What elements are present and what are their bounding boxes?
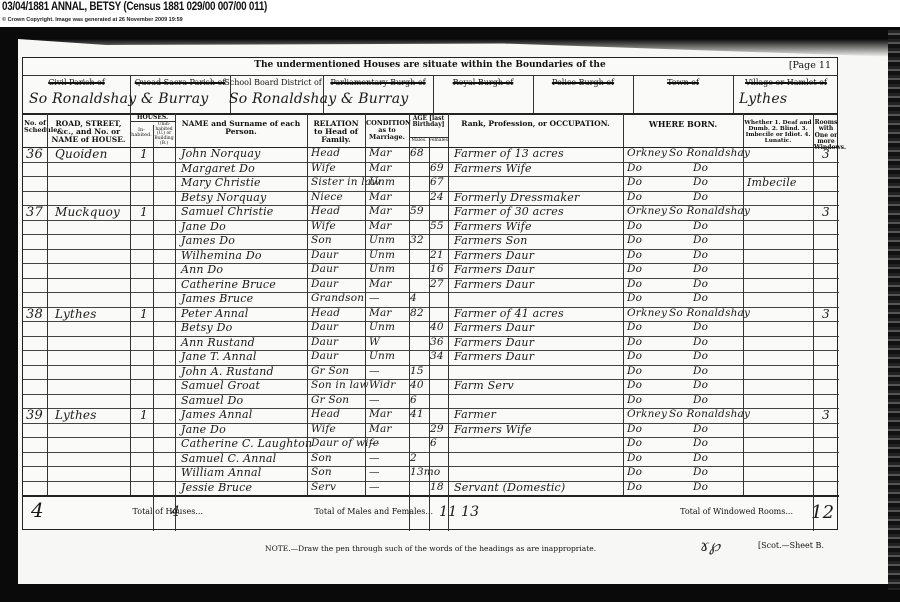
cell-born-county: Orkney <box>627 147 667 159</box>
cell-male-age: 82 <box>410 307 424 319</box>
cell-male-age: 13mo <box>410 466 440 478</box>
cell-occupation: Farmer of 30 acres <box>454 205 564 218</box>
cell-name: James Do <box>181 234 235 247</box>
cell-relation: Wife <box>311 162 336 174</box>
cell-born-parish: Do <box>693 365 708 377</box>
cell-born-parish: So Ronaldshay <box>669 408 750 420</box>
cell-condition: — <box>369 292 380 304</box>
cell-schedule: 39 <box>26 408 43 423</box>
cell-condition: — <box>369 437 380 449</box>
cell-occupation: Farmer <box>454 408 496 421</box>
cell-male-age: 41 <box>410 408 424 420</box>
cell-name: Jane Do <box>181 423 226 436</box>
cell-born-parish: Do <box>693 394 708 406</box>
cell-condition: Unm <box>369 263 395 275</box>
cell-born-parish: Do <box>693 466 708 478</box>
cell-male-age: 6 <box>410 394 417 406</box>
cell-condition: — <box>369 365 380 377</box>
table-row: 38Lythes1Peter AnnalHeadMar82Farmer of 4… <box>23 308 839 323</box>
cell-female-age: 16 <box>430 263 444 275</box>
cell-inhabited: 1 <box>140 307 148 321</box>
cell-born-county: Orkney <box>627 205 667 217</box>
cell-condition: Unm <box>369 176 395 188</box>
column-divider <box>175 113 176 495</box>
cell-name: Samuel Christie <box>181 205 274 218</box>
table-row: John A. RustandGr Son—15DoDo <box>23 366 839 381</box>
column-divider <box>813 113 814 495</box>
cell-born-county: Do <box>627 452 642 464</box>
record-banner: 03/04/1881 ANNAL, BETSY (Census 1881 029… <box>0 0 900 27</box>
cell-born-county: Do <box>627 379 642 391</box>
header-condition: CONDITION as to Marriage. <box>366 120 408 140</box>
cell-name: Jane T. Annal <box>181 350 257 363</box>
cell-born-county: Orkney <box>627 408 667 420</box>
cell-name: Samuel Do <box>181 394 243 407</box>
cell-occupation: Farmers Wife <box>454 423 532 436</box>
cell-inhabited: 1 <box>140 205 148 219</box>
cell-born-county: Do <box>627 321 642 333</box>
cell-relation: Head <box>311 307 340 319</box>
cell-condition: W <box>369 336 380 348</box>
cell-relation: Son <box>311 234 332 246</box>
header-uninhabited: Unin-habited (U.) or Building (B.) <box>153 123 175 147</box>
cell-born-county: Do <box>627 350 642 362</box>
cell-occupation: Farmers Wife <box>454 220 532 233</box>
cell-relation: Head <box>311 147 340 159</box>
district-label: Quoad Sacra Parish of <box>130 79 230 87</box>
cell-born-county: Do <box>627 162 642 174</box>
cell-relation: Daur <box>311 278 338 290</box>
cell-born-county: Do <box>627 292 642 304</box>
cell-name: John A. Rustand <box>181 365 274 378</box>
cell-born-parish: Do <box>693 336 708 348</box>
cell-born-parish: Do <box>693 234 708 246</box>
cell-male-age: 40 <box>410 379 424 391</box>
header-occupation: Rank, Profession, or OCCUPATION. <box>449 120 622 128</box>
district-label: Town of <box>633 79 733 87</box>
cell-occupation: Farmers Daur <box>454 350 534 363</box>
cell-name: Margaret Do <box>181 162 255 175</box>
table-row: Betsy DoDaurUnm40Farmers DaurDoDo <box>23 322 839 337</box>
cell-condition: Mar <box>369 162 392 174</box>
cell-name: Wilhemina Do <box>181 249 262 262</box>
cell-male-age: 4 <box>410 292 417 304</box>
column-divider <box>448 113 449 495</box>
cell-infirmity: Imbecile <box>747 176 797 189</box>
table-row: James DoSonUnm32Farmers SonDoDo <box>23 235 839 250</box>
district-label: School Board District of <box>223 79 323 87</box>
table-row: Catherine C. LaughtonDaur of wife—6DoDo <box>23 438 839 453</box>
cell-relation: Wife <box>311 423 336 435</box>
table-row: 39Lythes1James AnnalHeadMar41FarmerOrkne… <box>23 409 839 424</box>
column-divider <box>429 495 430 531</box>
cell-rooms: 3 <box>822 205 830 219</box>
cell-born-county: Do <box>627 437 642 449</box>
cell-condition: Mar <box>369 220 392 232</box>
cell-relation: Daur <box>311 321 338 333</box>
cell-male-age: 15 <box>410 365 424 377</box>
cell-relation: Head <box>311 408 340 420</box>
table-row: 37Muckquoy1Samuel ChristieHeadMar59Farme… <box>23 206 839 221</box>
cell-condition: — <box>369 481 380 493</box>
cell-born-county: Do <box>627 249 642 261</box>
table-row: Samuel GroatSon in lawWidr40Farm ServDoD… <box>23 380 839 395</box>
district-label: Parliamentary Burgh of <box>323 79 433 87</box>
cell-relation: Son in law <box>311 379 369 391</box>
column-divider <box>409 113 410 495</box>
cell-female-age: 69 <box>430 162 444 174</box>
cell-born-parish: Do <box>693 176 708 188</box>
cell-born-parish: Do <box>693 292 708 304</box>
schedules-total: 4 <box>31 498 44 522</box>
cell-occupation: Farmers Daur <box>454 249 534 262</box>
cell-born-parish: Do <box>693 263 708 275</box>
enumerator-mark: ɤ℘ <box>700 536 720 555</box>
district-label: Royal Burgh of <box>433 79 533 87</box>
cell-female-age: 40 <box>430 321 444 333</box>
table-row: Ann DoDaurUnm16Farmers DaurDoDo <box>23 264 839 279</box>
cell-female-age: 29 <box>430 423 444 435</box>
table-row: Jane DoWifeMar29Farmers WifeDoDo <box>23 424 839 439</box>
table-row: Samuel C. AnnalSon—2DoDo <box>23 453 839 468</box>
cell-name: Peter Annal <box>181 307 249 320</box>
cell-female-age: 55 <box>430 220 444 232</box>
houses-total-label: Total of Houses... <box>83 508 203 516</box>
cell-occupation: Farmers Son <box>454 234 528 247</box>
column-divider <box>743 113 744 495</box>
district-value: So Ronaldshay & Burray <box>229 91 408 107</box>
header-where: WHERE BORN. <box>624 120 742 128</box>
cell-occupation: Farmer of 41 acres <box>454 307 564 320</box>
cell-condition: Unm <box>369 249 395 261</box>
cell-condition: Mar <box>369 423 392 435</box>
cell-occupation: Farmers Wife <box>454 162 532 175</box>
divider <box>23 495 839 497</box>
cell-relation: Gr Son <box>311 394 349 406</box>
cell-relation: Grandson <box>311 292 364 304</box>
cell-born-parish: Do <box>693 249 708 261</box>
cell-male-age: 32 <box>410 234 424 246</box>
cell-born-parish: Do <box>693 162 708 174</box>
cell-relation: Son <box>311 466 332 478</box>
table-row: Ann RustandDaurW36Farmers DaurDoDo <box>23 337 839 352</box>
record-title: 03/04/1881 ANNAL, BETSY (Census 1881 029… <box>2 1 267 13</box>
district-value: So Ronaldshay & Burray <box>29 91 208 107</box>
cell-schedule: 36 <box>26 147 43 162</box>
cell-house: Lythes <box>55 408 97 422</box>
cell-condition: Mar <box>369 147 392 159</box>
table-row: Jane DoWifeMar55Farmers WifeDoDo <box>23 221 839 236</box>
females-total: 13 <box>461 504 479 520</box>
column-divider <box>153 495 154 531</box>
cell-name: Jessie Bruce <box>181 481 252 494</box>
header-females: Females. <box>429 139 448 144</box>
sheet-label: [Scot.—Sheet B. <box>758 541 824 550</box>
cell-born-county: Do <box>627 394 642 406</box>
cell-female-age: 27 <box>430 278 444 290</box>
table-row: Mary ChristieSister in lawUnm67DoImbecil… <box>23 177 839 192</box>
cell-name: Betsy Do <box>181 321 232 334</box>
cell-relation: Daur <box>311 350 338 362</box>
cell-relation: Wife <box>311 220 336 232</box>
cell-name: Catherine Bruce <box>181 278 276 291</box>
cell-born-parish: Do <box>693 220 708 232</box>
cell-female-age: 6 <box>430 437 437 449</box>
cell-condition: Mar <box>369 307 392 319</box>
cell-relation: Daur <box>311 249 338 261</box>
district-label: Police Burgh of <box>533 79 633 87</box>
column-divider <box>409 495 410 531</box>
cell-name: John Norquay <box>181 147 261 160</box>
cell-name: William Annal <box>181 466 261 479</box>
table-row: Wilhemina DoDaurUnm21Farmers DaurDoDo <box>23 250 839 265</box>
cell-born-parish: So Ronaldshay <box>669 205 750 217</box>
cell-born-parish: Do <box>693 278 708 290</box>
table-row: 36Quoiden1John NorquayHeadMar68Farmer of… <box>23 148 839 163</box>
cell-female-age: 34 <box>430 350 444 362</box>
cell-condition: — <box>369 394 380 406</box>
cell-born-county: Do <box>627 466 642 478</box>
table-row: Jessie BruceServ—18Servant (Domestic)DoD… <box>23 482 839 497</box>
cell-name: Ann Rustand <box>181 336 255 349</box>
cell-female-age: 24 <box>430 191 444 203</box>
cell-born-parish: Do <box>693 191 708 203</box>
header-males: Males. <box>409 139 429 144</box>
cell-born-county: Do <box>627 191 642 203</box>
rooms-total-label: Total of Windowed Rooms... <box>623 508 793 516</box>
cell-born-county: Do <box>627 365 642 377</box>
header-name: NAME and Surname of each Person. <box>176 120 306 136</box>
cell-male-age: 2 <box>410 452 417 464</box>
cell-born-parish: Do <box>693 452 708 464</box>
cell-born-county: Do <box>627 263 642 275</box>
cell-condition: Mar <box>369 191 392 203</box>
column-divider <box>813 495 814 531</box>
cell-name: Samuel C. Annal <box>181 452 276 465</box>
header-age: AGE [last Birthday] <box>409 116 448 129</box>
cell-condition: Unm <box>369 350 395 362</box>
cell-name: Betsy Norquay <box>181 191 266 204</box>
cell-born-county: Do <box>627 336 642 348</box>
cell-born-county: Do <box>627 234 642 246</box>
cell-name: Ann Do <box>181 263 223 276</box>
cell-female-age: 67 <box>430 176 444 188</box>
district-label: Village or Hamlet of <box>733 79 839 87</box>
cell-house: Quoiden <box>55 147 108 161</box>
header-inhabited: In-habited. <box>130 128 153 139</box>
header-relation: RELATION to Head of Family. <box>308 120 364 144</box>
cell-house: Muckquoy <box>55 205 120 219</box>
cell-relation: Niece <box>311 191 343 203</box>
cell-name: Mary Christie <box>181 176 261 189</box>
cell-born-county: Do <box>627 423 642 435</box>
cell-occupation: Farm Serv <box>454 379 514 392</box>
column-divider <box>429 137 430 495</box>
cell-house: Lythes <box>55 307 97 321</box>
intro-text: The undermentioned Houses are situate wi… <box>23 61 837 70</box>
header-infirmity: Whether 1. Deaf and Dumb. 2. Blind. 3. I… <box>744 120 812 144</box>
cell-condition: Mar <box>369 278 392 290</box>
cell-rooms: 3 <box>822 307 830 321</box>
column-divider <box>153 125 154 495</box>
cell-occupation: Farmers Daur <box>454 278 534 291</box>
cell-rooms: 3 <box>822 147 830 161</box>
cell-born-county: Orkney <box>627 307 667 319</box>
cell-relation: Daur <box>311 263 338 275</box>
table-row: Margaret DoWifeMar69Farmers WifeDoDo <box>23 163 839 178</box>
column-divider <box>47 113 48 495</box>
column-divider <box>448 495 449 531</box>
cell-condition: Unm <box>369 234 395 246</box>
page-edge <box>888 30 900 590</box>
rooms-total-value: 12 <box>811 502 834 523</box>
cell-born-county: Do <box>627 481 642 493</box>
cell-inhabited: 1 <box>140 147 148 161</box>
cell-condition: Widr <box>369 379 396 391</box>
cell-born-parish: Do <box>693 379 708 391</box>
cell-female-age: 21 <box>430 249 444 261</box>
cell-name: James Annal <box>181 408 252 421</box>
column-divider <box>307 113 308 495</box>
header-house: ROAD, STREET, &c., and No. or NAME of HO… <box>48 120 129 144</box>
cell-condition: Mar <box>369 408 392 420</box>
cell-occupation: Farmer of 13 acres <box>454 147 564 160</box>
page-number: [Page 11 <box>789 61 831 71</box>
cell-born-county: Do <box>627 278 642 290</box>
cell-male-age: 59 <box>410 205 424 217</box>
table-row: Jane T. AnnalDaurUnm34Farmers DaurDoDo <box>23 351 839 366</box>
cell-relation: Serv <box>311 481 336 493</box>
cell-schedule: 37 <box>26 205 43 220</box>
cell-born-parish: Do <box>693 350 708 362</box>
cell-born-parish: Do <box>693 481 708 493</box>
cell-name: Jane Do <box>181 220 226 233</box>
table-row: James BruceGrandson—4DoDo <box>23 293 839 308</box>
cell-condition: — <box>369 452 380 464</box>
column-divider <box>175 495 176 531</box>
cell-born-parish: So Ronaldshay <box>669 307 750 319</box>
cell-condition: Mar <box>369 205 392 217</box>
cell-name: Samuel Groat <box>181 379 260 392</box>
footer-note: NOTE.—Draw the pen through such of the w… <box>265 544 596 553</box>
cell-relation: Daur <box>311 336 338 348</box>
cell-born-parish: Do <box>693 321 708 333</box>
cell-occupation: Farmers Daur <box>454 263 534 276</box>
cell-born-parish: Do <box>693 437 708 449</box>
cell-born-county: Do <box>627 220 642 232</box>
cell-schedule: 38 <box>26 307 43 322</box>
cell-inhabited: 1 <box>140 408 148 422</box>
cell-occupation: Formerly Dressmaker <box>454 191 579 204</box>
cell-occupation: Servant (Domestic) <box>454 481 565 494</box>
cell-occupation: Farmers Daur <box>454 321 534 334</box>
cell-female-age: 18 <box>430 481 444 493</box>
cell-male-age: 68 <box>410 147 424 159</box>
table-row: Samuel DoGr Son—6DoDo <box>23 395 839 410</box>
cell-relation: Head <box>311 205 340 217</box>
divider <box>23 75 837 76</box>
cell-name: Catherine C. Laughton <box>181 437 312 450</box>
column-divider <box>130 113 131 495</box>
census-form: The undermentioned Houses are situate wi… <box>22 57 838 530</box>
copyright-notice: © Crown Copyright. Image was generated a… <box>2 17 183 23</box>
cell-female-age: 36 <box>430 336 444 348</box>
cell-occupation: Farmers Daur <box>454 336 534 349</box>
cell-rooms: 3 <box>822 408 830 422</box>
cell-relation: Son <box>311 452 332 464</box>
column-divider <box>365 113 366 495</box>
cell-relation: Gr Son <box>311 365 349 377</box>
header-schedule: No. of Schedule. <box>24 120 46 134</box>
cell-condition: — <box>369 466 380 478</box>
cell-name: James Bruce <box>181 292 253 305</box>
cell-condition: Unm <box>369 321 395 333</box>
column-divider <box>623 113 624 495</box>
district-value: Lythes <box>739 91 787 107</box>
table-row: Catherine BruceDaurMar27Farmers DaurDoDo <box>23 279 839 294</box>
district-label: Civil Parish of <box>23 79 130 87</box>
cell-born-parish: Do <box>693 423 708 435</box>
table-row: William AnnalSon—13moDoDo <box>23 467 839 482</box>
cell-born-county: Do <box>627 176 642 188</box>
table-row: Betsy NorquayNieceMar24Formerly Dressmak… <box>23 192 839 207</box>
mf-total-label: Total of Males and Females... <box>263 508 433 516</box>
cell-born-parish: So Ronaldshay <box>669 147 750 159</box>
